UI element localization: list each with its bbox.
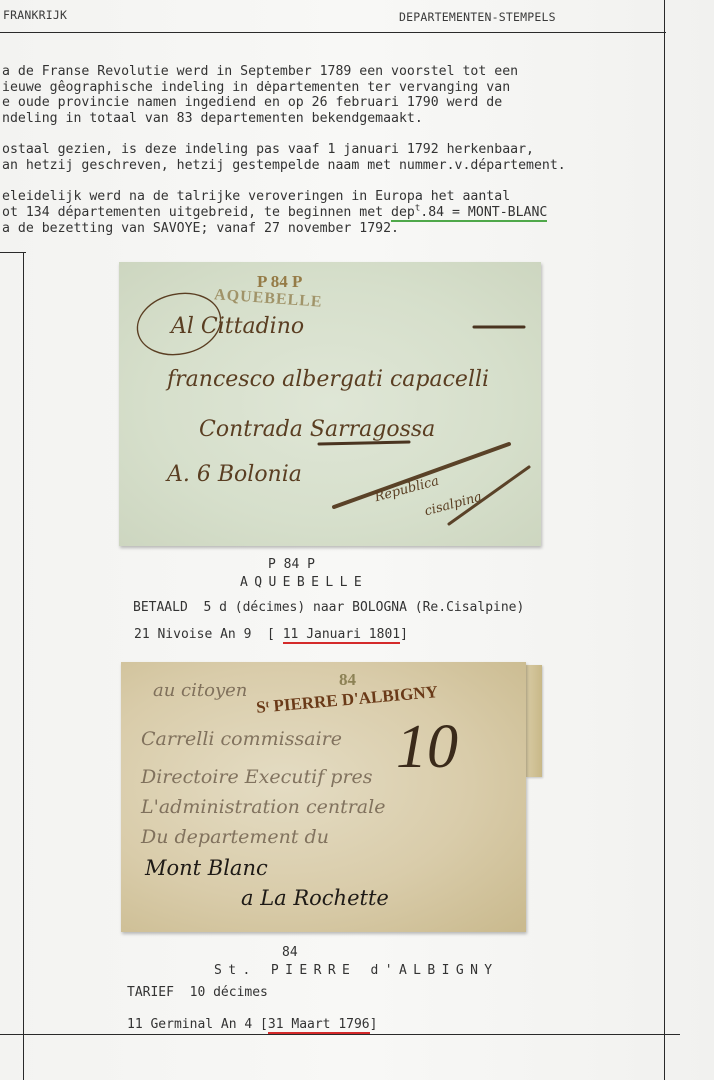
republican-date: 11 Germinal An 4 [ [127, 1017, 268, 1032]
republican-date: 21 Nivoise An 9 [ [134, 627, 283, 642]
address-line: Du departement du [141, 826, 329, 848]
dept-abbrev: dep [391, 205, 415, 220]
intro-line: ostaal gezien, is deze indeling pas vaaf… [2, 142, 534, 158]
dept-number-name: .84 = MONT-BLANC [420, 205, 547, 220]
date-caption: 21 Nivoise An 9 [ 11 Januari 1801] [134, 627, 408, 642]
address-line: Contrada Sarragossa [199, 417, 435, 442]
intro-line: a de Franse Revolutie werd in September … [2, 64, 518, 80]
section-title: DEPARTEMENTEN-STEMPELS [399, 10, 556, 24]
album-page: FRANKRIJK DEPARTEMENTEN-STEMPELS a de Fr… [0, 0, 714, 1080]
date-caption: 11 Germinal An 4 [31 Maart 1796] [127, 1017, 377, 1032]
address-line: Directoire Executif pres [141, 766, 373, 788]
intro-line: an hetzij geschreven, hetzij gestempelde… [2, 158, 566, 174]
cover-letter-aquebelle: P 84 P AQUEBELLE Al Cittadino francesco … [119, 262, 541, 546]
postmark-number-84: 84 [339, 670, 356, 690]
intro-line: e oude provincie namen ingediend en op 2… [2, 95, 502, 111]
address-line: Al Cittadino [171, 314, 304, 339]
intro-line: eleidelijk werd na de talrijke veroverin… [2, 189, 510, 205]
address-line: au citoyen [153, 680, 247, 701]
gregorian-date: 11 Januari 1801 [283, 627, 400, 644]
address-line: francesco albergati capacelli [167, 367, 489, 392]
rate-mark-10: 10 [396, 712, 458, 783]
mark-caption-line2: AQUEBELLE [240, 575, 368, 590]
address-line: Mont Blanc [145, 856, 268, 880]
bracket: ] [370, 1017, 378, 1032]
intro-line: ieuwe gêographische indeling in dėpartem… [2, 80, 510, 96]
mark-caption-line2: St. PIERRE d'ALBIGNY [214, 963, 499, 978]
left-margin-line [23, 252, 24, 1080]
country-title: FRANKRIJK [3, 8, 67, 22]
intro-line: ot 134 départementen uitgebreid, te begi… [2, 205, 547, 221]
tariff-caption: BETAALD 5 d (décimes) naar BOLOGNA (Re.C… [133, 600, 524, 615]
address-line: A. 6 Bolonia [167, 462, 302, 487]
bracket: ] [400, 627, 408, 642]
address-line: Carrelli commissaire [141, 728, 342, 750]
intro-line-text: ot 134 départementen uitgebreid, te begi… [2, 205, 391, 220]
address-line: L'administration centrale [141, 796, 385, 818]
footer-rule [0, 1034, 680, 1035]
cover-letter-st-pierre-dalbigny: 84 Sᵗ PIERRE D'ALBIGNY 10 au citoyen Car… [121, 662, 526, 932]
mont-blanc-highlight: dept.84 = MONT-BLANC [391, 205, 547, 222]
mark-caption-line1: 84 [282, 945, 298, 960]
address-line: a La Rochette [241, 886, 389, 910]
gregorian-date: 31 Maart 1796 [268, 1017, 370, 1034]
right-margin-line [664, 0, 665, 1080]
tariff-caption: TARIEF 10 décimes [127, 985, 268, 1000]
intro-line: ndeling in totaal van 83 departementen b… [2, 111, 423, 127]
header-rule [0, 32, 666, 33]
mark-caption-line1: P 84 P [268, 557, 315, 572]
letter-flap [526, 665, 542, 777]
intro-line: a de bezetting van SAVOYE; vanaf 27 nove… [2, 221, 399, 237]
